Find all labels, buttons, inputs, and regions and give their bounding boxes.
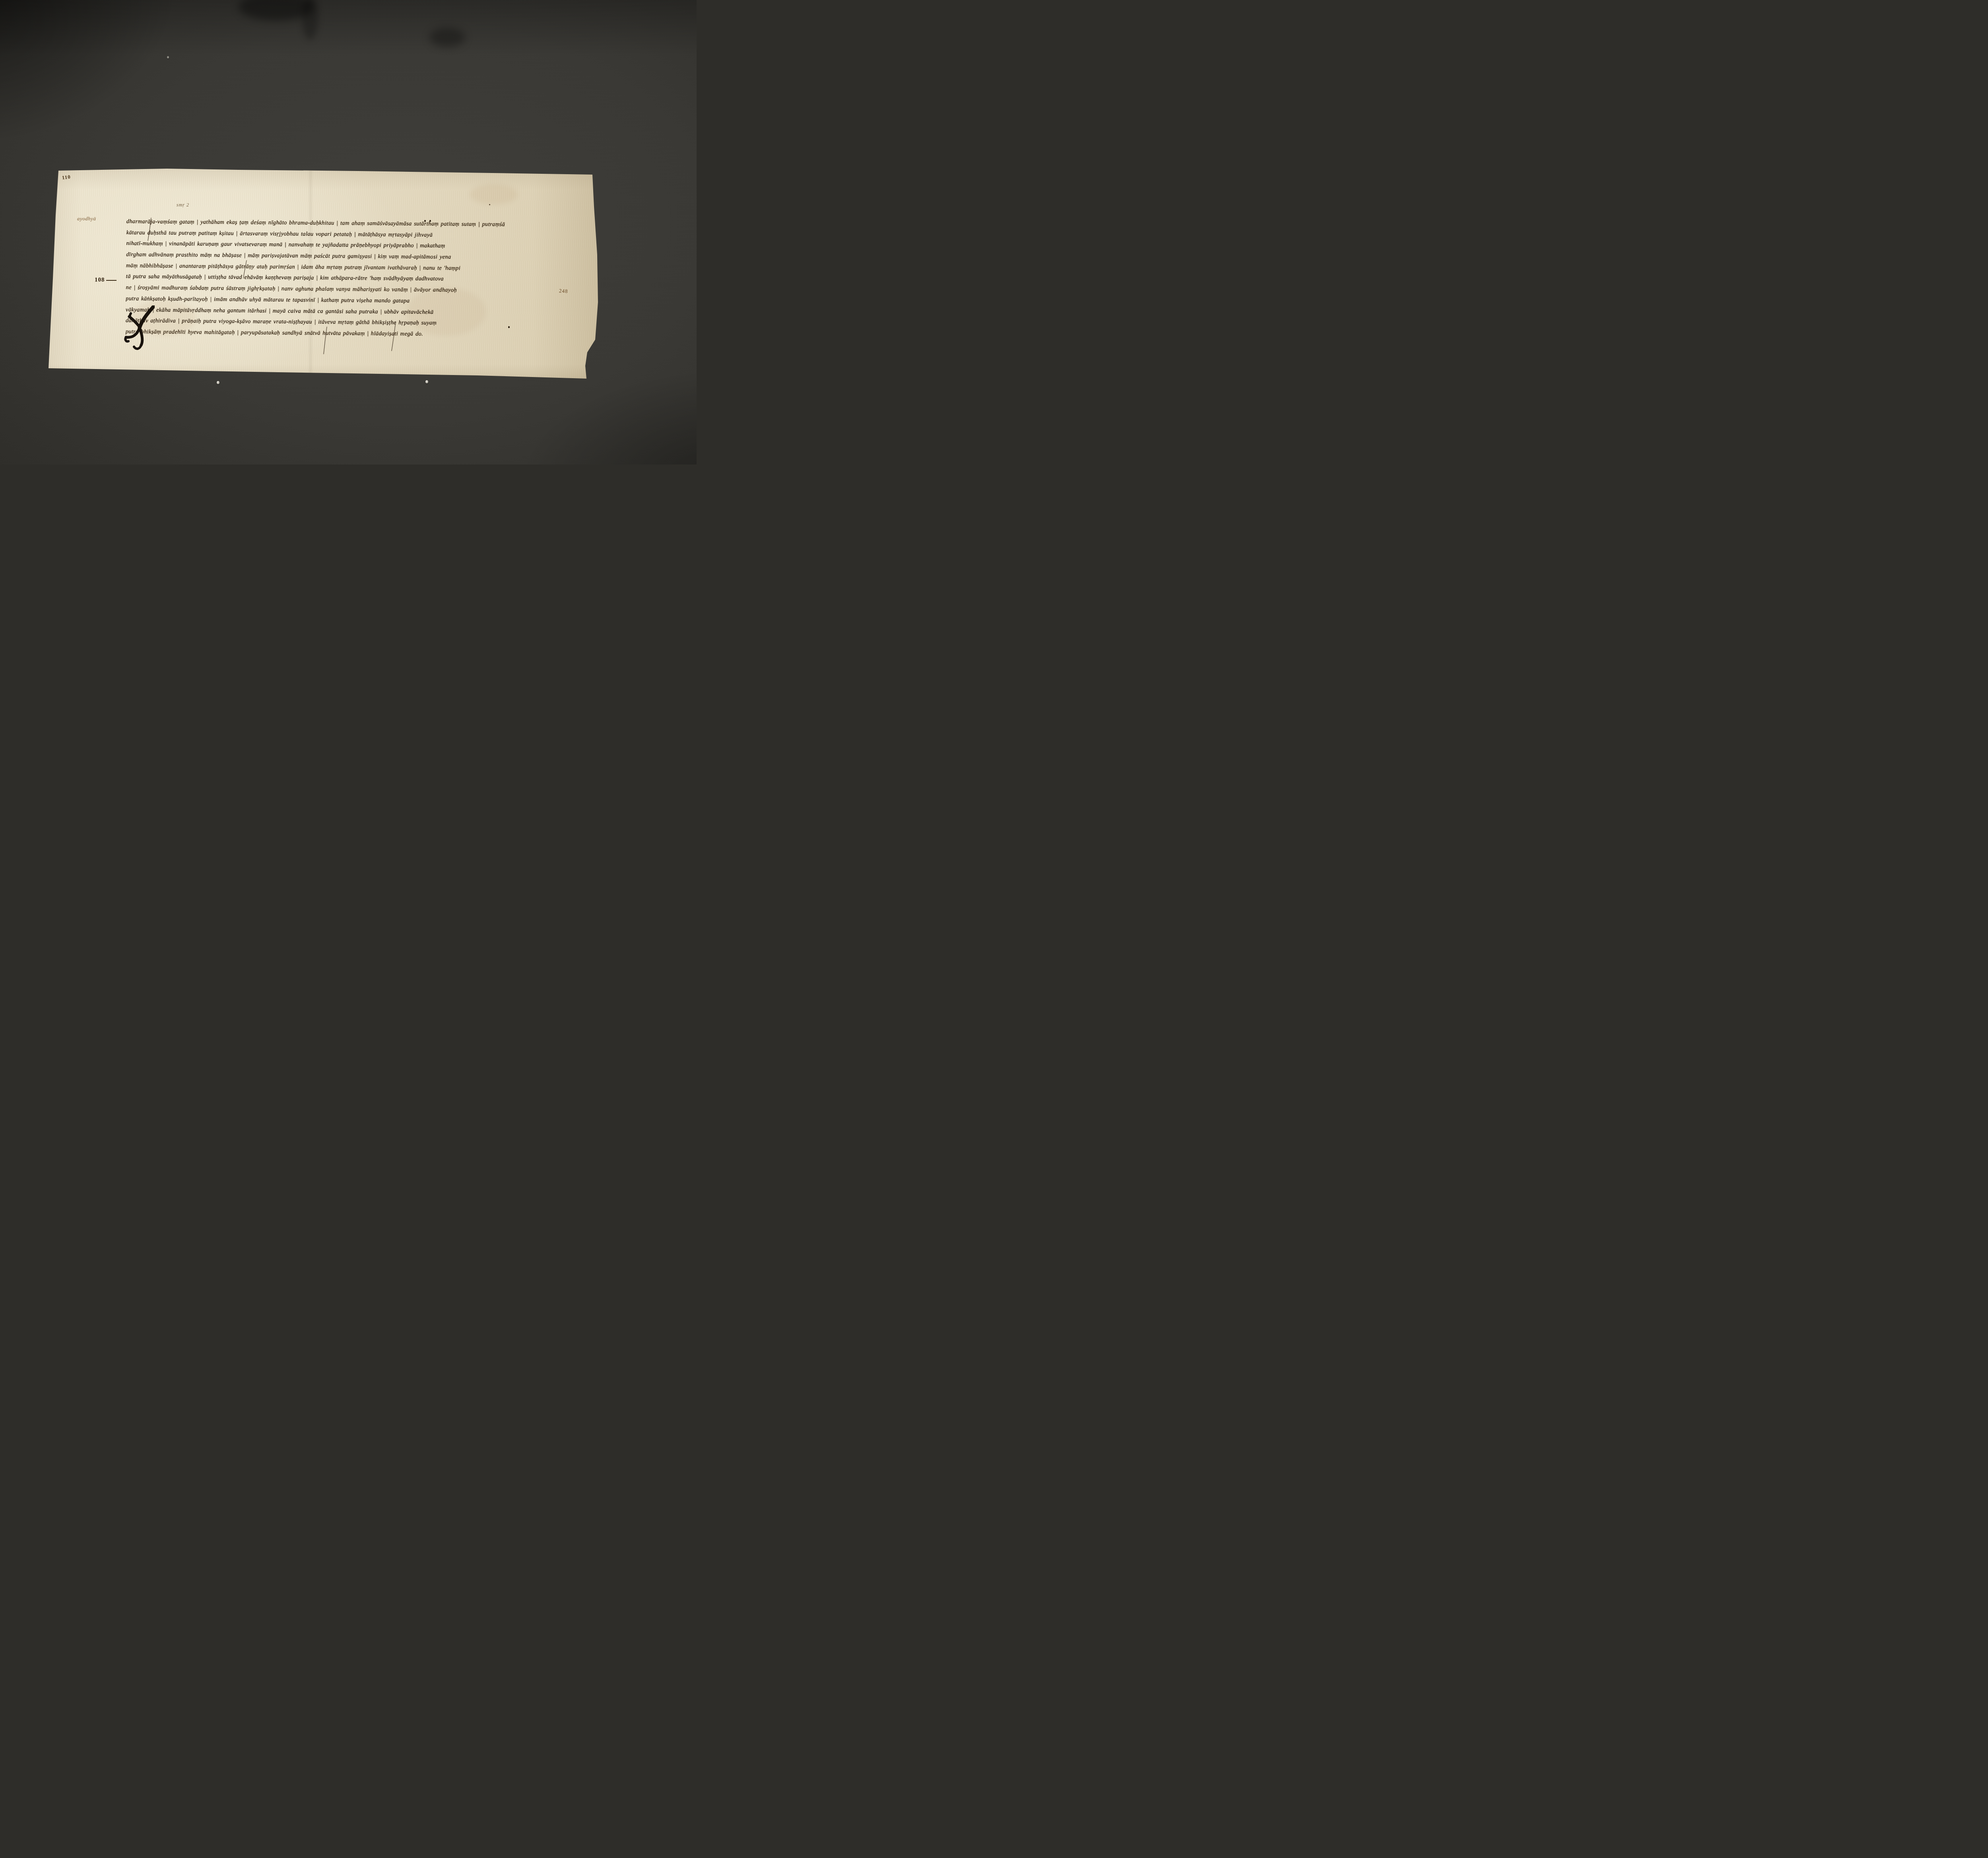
folio-number-top-left: 110: [62, 174, 71, 181]
paper-pin-right: [425, 380, 428, 383]
manuscript-text-block: dharmarāja-vaṃśaṃ gataṃ | yathāham ekaṣ …: [126, 216, 530, 341]
ink-dot: [424, 220, 426, 222]
paper-speck: [489, 204, 490, 205]
margin-gloss-ayodhya: ayodhyā: [77, 216, 96, 222]
margin-number-left: 108: [95, 277, 116, 284]
margin-number-right: 248: [559, 288, 568, 295]
scribal-annotation-top: smṛ 2: [177, 202, 189, 208]
board-pin: [167, 56, 169, 58]
ink-dot: [429, 220, 431, 222]
board-smudge: [302, 0, 318, 40]
ink-dot-end-of-text: [508, 326, 510, 328]
photo-backdrop-board: 110 smṛ 2 ayodhyā 108 248 dharmarāja-vaṃ…: [0, 0, 697, 464]
ink-flourish-mark: [121, 305, 155, 355]
paper-stain: [470, 185, 518, 204]
margin-number-left-value: 108: [95, 277, 105, 283]
board-smudge: [429, 28, 465, 47]
manuscript-leaf: 110 smṛ 2 ayodhyā 108 248 dharmarāja-vaṃ…: [49, 169, 599, 381]
paper-pin-left: [217, 381, 219, 384]
margin-number-stroke: [106, 280, 116, 281]
